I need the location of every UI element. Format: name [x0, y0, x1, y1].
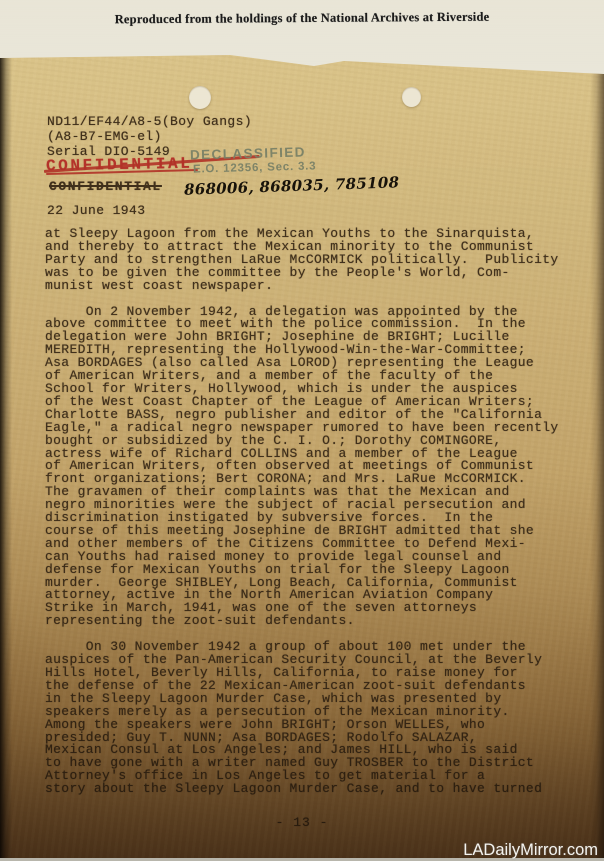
date-line: 22 June 1943	[47, 203, 145, 218]
scanned-document-photo: Reproduced from the holdings of the Nati…	[0, 0, 604, 861]
paper-left-shadow-edge	[0, 58, 12, 861]
file-number-line: ND11/EF44/A8-5(Boy Gangs)	[47, 114, 252, 129]
paragraph-1: at Sleepy Lagoon from the Mexican Youths…	[45, 228, 585, 293]
page-number: - 13 -	[0, 815, 604, 830]
watermark: LADailyMirror.com	[463, 841, 598, 860]
declassified-eo-line: E.O. 12356, Sec. 3.3	[193, 160, 317, 175]
archive-banner: Reproduced from the holdings of the Nati…	[0, 9, 604, 28]
confidential-typed-struck: CONFIDENTIAL	[49, 179, 162, 194]
paragraph-2: On 2 November 1942, a delegation was app…	[45, 306, 585, 629]
sub-number-line: (A8-B7-EMG-el)	[47, 129, 162, 144]
document-body: at Sleepy Lagoon from the Mexican Youths…	[45, 228, 585, 809]
handwritten-numbers: 868006, 868035, 785108	[184, 173, 400, 199]
declassified-stamp: DECLASSIFIED	[190, 144, 306, 162]
punch-hole-left	[189, 86, 211, 109]
punch-hole-right	[402, 87, 421, 107]
document-paper: ND11/EF44/A8-5(Boy Gangs) (A8-B7-EMG-el)…	[0, 0, 604, 861]
paper-right-shadow-edge	[590, 60, 604, 861]
paragraph-3: On 30 November 1942 a group of about 100…	[45, 641, 585, 796]
